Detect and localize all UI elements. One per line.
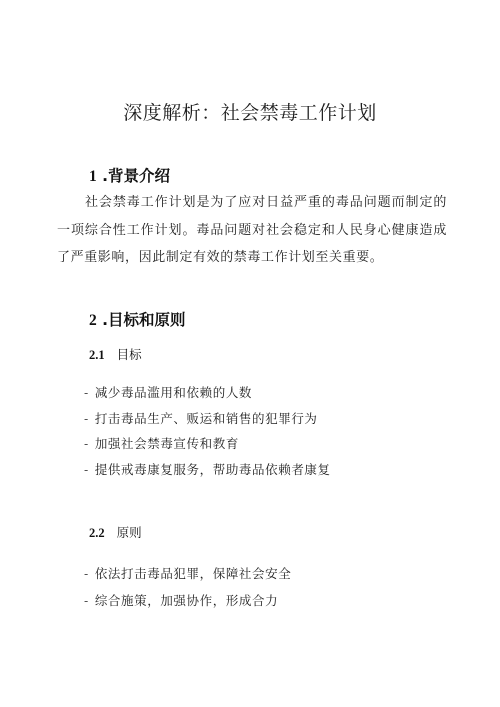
list-item: -依法打击毒品犯罪，保障社会安全 [84,564,291,582]
subsection-number: 2.2 [89,526,105,540]
list-item-text: 加强社会禁毒宣传和教育 [95,436,239,451]
subsection-title: 目标 [117,347,142,362]
list-item-text: 打击毒品生产、贩运和销售的犯罪行为 [95,411,318,426]
section-heading-goals-principles: 2 .目标和原则 [89,308,186,330]
section-number: 2 [89,312,97,329]
section-title: .背景介绍 [102,167,170,185]
bullet-dash: - [84,566,89,581]
subsection-heading-goals: 2.1 目标 [89,345,142,363]
subsection-title: 原则 [117,525,142,540]
list-item-text: 依法打击毒品犯罪，保障社会安全 [95,566,292,581]
section-number: 1 [89,168,97,185]
bullet-dash: - [84,411,89,426]
subsection-number: 2.1 [89,348,105,362]
document-title: 深度解析：社会禁毒工作计划 [0,98,500,125]
background-paragraph: 社会禁毒工作计划是为了应对日益严重的毒品问题而制定的一项综合性工作计划。毒品问题… [57,189,447,272]
subsection-heading-principles: 2.2 原则 [89,523,142,541]
bullet-dash: - [84,385,89,400]
list-item-text: 综合施策，加强协作，形成合力 [95,593,278,608]
bullet-dash: - [84,436,89,451]
list-item-text: 减少毒品滥用和依赖的人数 [95,385,252,400]
bullet-dash: - [84,462,89,477]
list-item: -减少毒品滥用和依赖的人数 [84,383,252,401]
bullet-dash: - [84,593,89,608]
list-item: -打击毒品生产、贩运和销售的犯罪行为 [84,409,318,427]
section-heading-background: 1 .背景介绍 [89,164,170,186]
list-item-text: 提供戒毒康复服务，帮助毒品依赖者康复 [95,462,331,477]
list-item: -加强社会禁毒宣传和教育 [84,434,239,452]
list-item: -提供戒毒康复服务，帮助毒品依赖者康复 [84,460,331,478]
list-item: -综合施策，加强协作，形成合力 [84,591,278,609]
section-title: .目标和原则 [102,311,185,329]
